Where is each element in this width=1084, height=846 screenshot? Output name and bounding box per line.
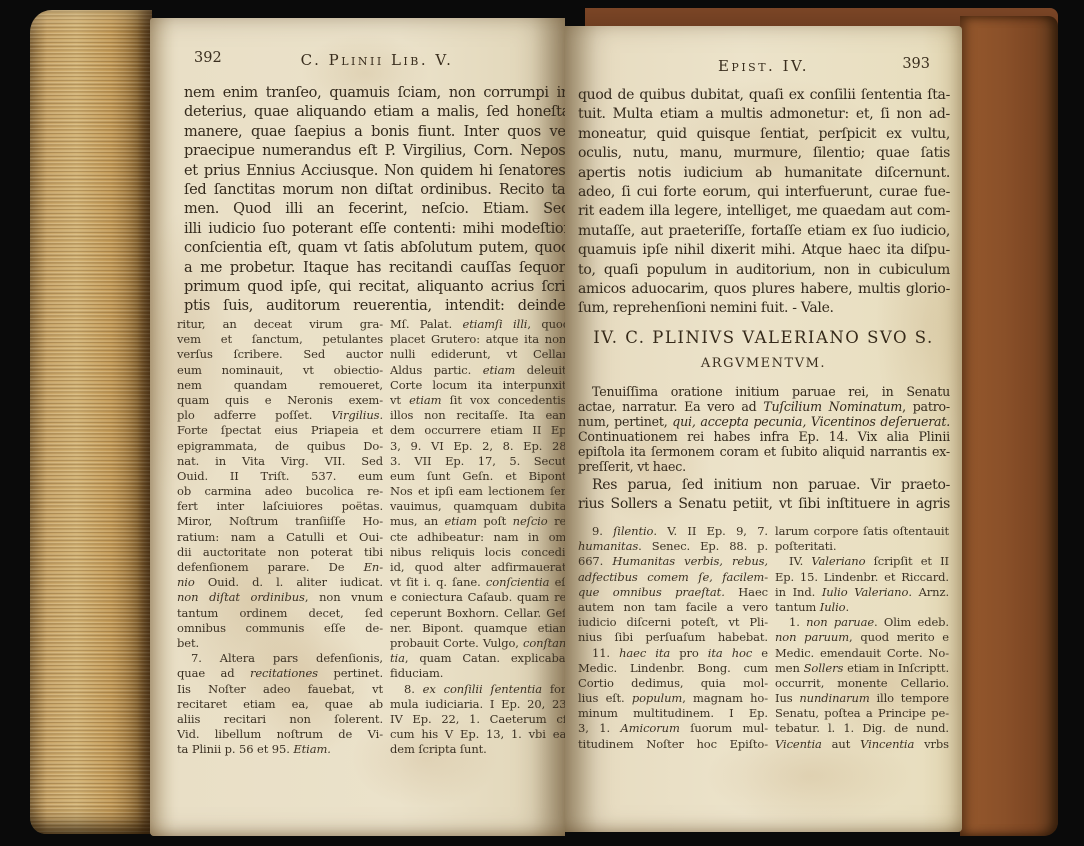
- text-line: in Ind. Iulio Valeriano. Arnz.: [775, 585, 949, 600]
- text-line: rius Sollers a Senatu petiit, vt ſibi in…: [578, 495, 950, 514]
- text-line: fiduciam.: [390, 666, 570, 681]
- left-running-title-wrap: C. Plinii Lib. V.: [184, 50, 570, 69]
- text-line: 3. VII Ep. 17, 5. Secuti: [390, 454, 570, 469]
- text-line: Medic. Lindenbr. Bong. cum: [578, 661, 768, 676]
- text-line: 7. Altera pars defenſionis,: [177, 651, 383, 666]
- text-line: rit eadem illa legere, intelliget, me qu…: [578, 202, 950, 221]
- text-line: tuit. Multa etiam a multis admonetur: et…: [578, 105, 950, 124]
- text-line: aliis recitari non ſolerent.: [177, 712, 383, 727]
- text-line: quae ad recitationes pertinet.: [177, 666, 383, 681]
- text-line: id, quod alter adfirmauerat,: [390, 560, 570, 575]
- text-line: ratium: nam a Catulli et Oui-: [177, 530, 383, 545]
- text-line: conſcientia eſt, quam vt ſatis abſolutum…: [184, 239, 570, 258]
- text-line: dem occurrere etiam II Ep.: [390, 423, 570, 438]
- text-line: quod de quibus dubitat, quaſi ex conſili…: [578, 86, 950, 105]
- text-line: nio Ouid. d. l. aliter iudicat.: [177, 575, 383, 590]
- right-body-text-2: Res parua, ſed initium non paruae. Vir p…: [578, 476, 950, 515]
- text-line: eum nominauit, vt obiectio-: [177, 363, 383, 378]
- text-line: Forte ſpectat eius Priapeia et: [177, 423, 383, 438]
- text-line: nulli ediderunt, vt Cellar.: [390, 347, 570, 362]
- text-line: Senatu, poſtea a Principe pe-: [775, 706, 949, 721]
- text-line: nibus reliquis locis concedit: [390, 545, 570, 560]
- text-line: moneatur, quid quisque ſentiat, perſpici…: [578, 125, 950, 144]
- text-line: tantum Iulio.: [775, 600, 949, 615]
- text-line: manere, quae ſaepius a bonis fiunt. Inte…: [184, 123, 570, 142]
- text-line: titudinem Noſter hoc Epiſto-: [578, 737, 768, 752]
- text-line: humanitas. Senec. Ep. 88. p.: [578, 539, 768, 554]
- text-line: 8. ex conſilii ſententia for-: [390, 682, 570, 697]
- text-line: mula iudiciaria. I Ep. 20, 23.: [390, 697, 570, 712]
- text-line: defenſionem parare. De En-: [177, 560, 383, 575]
- text-line: omnibus communis eſſe de-: [177, 621, 383, 636]
- text-line: lius eſt. populum, magnam ho-: [578, 691, 768, 706]
- text-line: cum his V Ep. 13, 1. vbi ea-: [390, 727, 570, 742]
- text-line: que omnibus praeſtat. Haec: [578, 585, 768, 600]
- left-body-text: nem enim tranſeo, quamuis ſciam, non cor…: [184, 84, 570, 317]
- text-line: a me probetur. Itaque has recitandi cauſ…: [184, 259, 570, 278]
- text-line: et prius Ennius Acciusque. Non quidem hi…: [184, 162, 570, 181]
- text-line: vauimus, quamquam dubita-: [390, 499, 570, 514]
- text-line: nem enim tranſeo, quamuis ſciam, non cor…: [184, 84, 570, 103]
- text-line: apertis notis iudicium ab humanitate diſ…: [578, 164, 950, 183]
- text-line: mus, an etiam poſt neſcio re-: [390, 514, 570, 529]
- book-cover-right: [960, 16, 1058, 836]
- text-line: dem ſcripta ſunt.: [390, 742, 570, 757]
- left-running-head-row: 392 C. Plinii Lib. V.: [150, 50, 565, 70]
- text-line: placet Grutero: atque ita non-: [390, 332, 570, 347]
- text-line: non paruum, quod merito e: [775, 630, 949, 645]
- text-line: cte adhibeatur: nam in om-: [390, 530, 570, 545]
- text-line: praecipue numerandus eſt P. Virgilius, C…: [184, 142, 570, 161]
- text-line: primum quod ipſe, qui recitat, aliquanto…: [184, 278, 570, 297]
- text-line: actae, narratur. Ea vero ad Tuſcilium No…: [578, 399, 950, 414]
- text-line: tia, quam Catan. explicabat: [390, 651, 570, 666]
- argument-text: Tenuiſſima oratione initium paruae rei, …: [578, 384, 950, 474]
- right-footnotes-column-2: larum corpore ſatis oſtentauitpoſteritat…: [775, 524, 949, 752]
- left-running-title: C. Plinii Lib. V.: [301, 51, 454, 69]
- text-line: Iis Noſter adeo fauebat, vt: [177, 682, 383, 697]
- text-line: eum ſunt Geſn. et Bipont.: [390, 469, 570, 484]
- text-line: vt etiam ſit vox concedentis,: [390, 393, 570, 408]
- text-line: ritur, an deceat virum gra-: [177, 317, 383, 332]
- text-line: fert inter laſciuiores poëtas.: [177, 499, 383, 514]
- text-line: IV. Valeriano ſcripſit et II: [775, 554, 949, 569]
- text-line: Tenuiſſima oratione initium paruae rei, …: [578, 384, 950, 399]
- text-line: minum multitudinem. I Ep.: [578, 706, 768, 721]
- text-line: men Sollers etiam in Inſcriptt.: [775, 661, 949, 676]
- text-line: Res parua, ſed initium non paruae. Vir p…: [578, 476, 950, 495]
- text-line: epigrammata, de quibus Do-: [177, 439, 383, 454]
- book-fore-edge-pages: [30, 10, 152, 834]
- text-line: Aldus partic. etiam deleuit.: [390, 363, 570, 378]
- text-line: preſſerit, vt haec.: [578, 459, 950, 474]
- text-line: verſus ſcribere. Sed auctor: [177, 347, 383, 362]
- text-line: probauit Corte. Vulgo, conſtan-: [390, 636, 570, 651]
- left-footnotes-column-1: ritur, an deceat virum gra-vem et ſanctu…: [177, 317, 383, 757]
- text-line: nat. in Vita Virg. VII. Sed: [177, 454, 383, 469]
- text-line: Cortio dedimus, quia mol-: [578, 676, 768, 691]
- text-line: Vicentia aut Vincentia vrbs: [775, 737, 949, 752]
- text-line: e coniectura Caſaub. quam re-: [390, 590, 570, 605]
- page-left: 392 C. Plinii Lib. V. nem enim tranſeo, …: [150, 18, 565, 836]
- text-line: bet.: [177, 636, 383, 651]
- text-line: dii auctoritate non poterat tibi: [177, 545, 383, 560]
- text-line: adfectibus comem ſe, facilem-: [578, 570, 768, 585]
- text-line: ta Plinii p. 56 et 95. Etiam.: [177, 742, 383, 757]
- text-line: plo adferre poſſet. Virgilius.: [177, 408, 383, 423]
- text-line: Miror, Noſtrum tranſiiſſe Ho-: [177, 514, 383, 529]
- text-line: 667. Humanitas verbis, rebus,: [578, 554, 768, 569]
- text-line: adeo, ſi cui forte eorum, qui interfueru…: [578, 183, 950, 202]
- letter-section-heading: IV. C. PLINIVS VALERIANO SVO S.: [565, 328, 962, 347]
- text-line: recitaret etiam ea, quae ab: [177, 697, 383, 712]
- text-line: ceperunt Boxhorn. Cellar. Geſ-: [390, 606, 570, 621]
- text-line: 3, 1. Amicorum ſuorum mul-: [578, 721, 768, 736]
- text-line: Corte locum ita interpunxit,: [390, 378, 570, 393]
- text-line: occurrit, monente Cellario.: [775, 676, 949, 691]
- text-line: Mſ. Palat. etiamſi illi, quod: [390, 317, 570, 332]
- text-line: to, quaſi populum in auditorium, non in …: [578, 261, 950, 280]
- text-line: Vid. libellum noſtrum de Vi-: [177, 727, 383, 742]
- right-page-number: 393: [902, 56, 930, 72]
- text-line: vem et ſanctum, petulantes: [177, 332, 383, 347]
- text-line: Medic. emendauit Corte. No-: [775, 646, 949, 661]
- text-line: ner. Bipont. quamque etiam: [390, 621, 570, 636]
- text-line: illos non recitaſſe. Ita ean-: [390, 408, 570, 423]
- text-line: iudicio diſcerni poteſt, vt Pli-: [578, 615, 768, 630]
- text-line: quam quis e Neronis exem-: [177, 393, 383, 408]
- text-line: tantum ordinem decet, ſed: [177, 606, 383, 621]
- text-line: Ouid. II Triſt. 537. eum: [177, 469, 383, 484]
- right-running-head-row: Epist. IV. 393: [565, 56, 962, 76]
- text-line: Ius nundinarum illo tempore a: [775, 691, 949, 706]
- text-line: ptis ſuis, auditorum reuerentia, intendi…: [184, 297, 570, 316]
- text-line: tebatur. l. 1. Dig. de nund.: [775, 721, 949, 736]
- argument-heading: ARGVMENTVM.: [565, 356, 962, 371]
- text-line: nem quandam remoueret,: [177, 378, 383, 393]
- text-line: non diſtat ordinibus, non vnum: [177, 590, 383, 605]
- text-line: autem non tam facile a vero: [578, 600, 768, 615]
- text-line: Continuationem rei habes infra Ep. 14. V…: [578, 429, 950, 444]
- text-line: 1. non paruae. Olim edeb.: [775, 615, 949, 630]
- text-line: ſed ſanctitas morum non diſtat ordinibus…: [184, 181, 570, 200]
- text-line: oculis, nutu, manu, murmure, ſilentio; q…: [578, 144, 950, 163]
- text-line: epiſtola ita ſermonem coram et ſubito al…: [578, 444, 950, 459]
- text-line: deterius, quae aliquando etiam a malis, …: [184, 103, 570, 122]
- text-line: larum corpore ſatis oſtentauit: [775, 524, 949, 539]
- text-line: vt ſit i. q. ſane. conſcientia eſt: [390, 575, 570, 590]
- right-footnotes-column-1: 9. ſilentio. V. II Ep. 9, 7.humanitas. S…: [578, 524, 768, 752]
- text-line: mutaſſe, aut praeteriſſe, fortaſſe etiam…: [578, 222, 950, 241]
- text-line: 3, 9. VI Ep. 2, 8. Ep. 28,: [390, 439, 570, 454]
- text-line: nius ſibi perſuaſum habebat.: [578, 630, 768, 645]
- text-line: 9. ſilentio. V. II Ep. 9, 7.: [578, 524, 768, 539]
- right-body-text: quod de quibus dubitat, quaſi ex conſili…: [578, 86, 950, 319]
- page-right: Epist. IV. 393 quod de quibus dubitat, q…: [565, 26, 962, 832]
- text-line: Nos et ipſi eam lectionem ſer-: [390, 484, 570, 499]
- text-line: quamuis ipſe nihil dixerit mihi. Atque h…: [578, 241, 950, 260]
- text-line: men. Quod illi an fecerint, neſcio. Etia…: [184, 200, 570, 219]
- text-line: IV Ep. 22, 1. Caeterum cf.: [390, 712, 570, 727]
- right-running-title: Epist. IV.: [718, 57, 809, 75]
- text-line: 11. haec ita pro ita hoc e: [578, 646, 768, 661]
- text-line: ob carmina adeo bucolica re-: [177, 484, 383, 499]
- left-footnotes-column-2: Mſ. Palat. etiamſi illi, quodplacet Grut…: [390, 317, 570, 757]
- book-photograph: 392 C. Plinii Lib. V. nem enim tranſeo, …: [0, 0, 1084, 846]
- text-line: poſteritati.: [775, 539, 949, 554]
- text-line: num, pertinet, qui, accepta pecunia, Vic…: [578, 414, 950, 429]
- text-line: illi iudicio ſuo poterant eſſe contenti:…: [184, 220, 570, 239]
- text-line: Ep. 15. Lindenbr. et Riccard.: [775, 570, 949, 585]
- text-line: ſum, reprehenſioni nemini fuit. - Vale.: [578, 299, 950, 318]
- text-line: amicos aduocarim, quos plures habere, mu…: [578, 280, 950, 299]
